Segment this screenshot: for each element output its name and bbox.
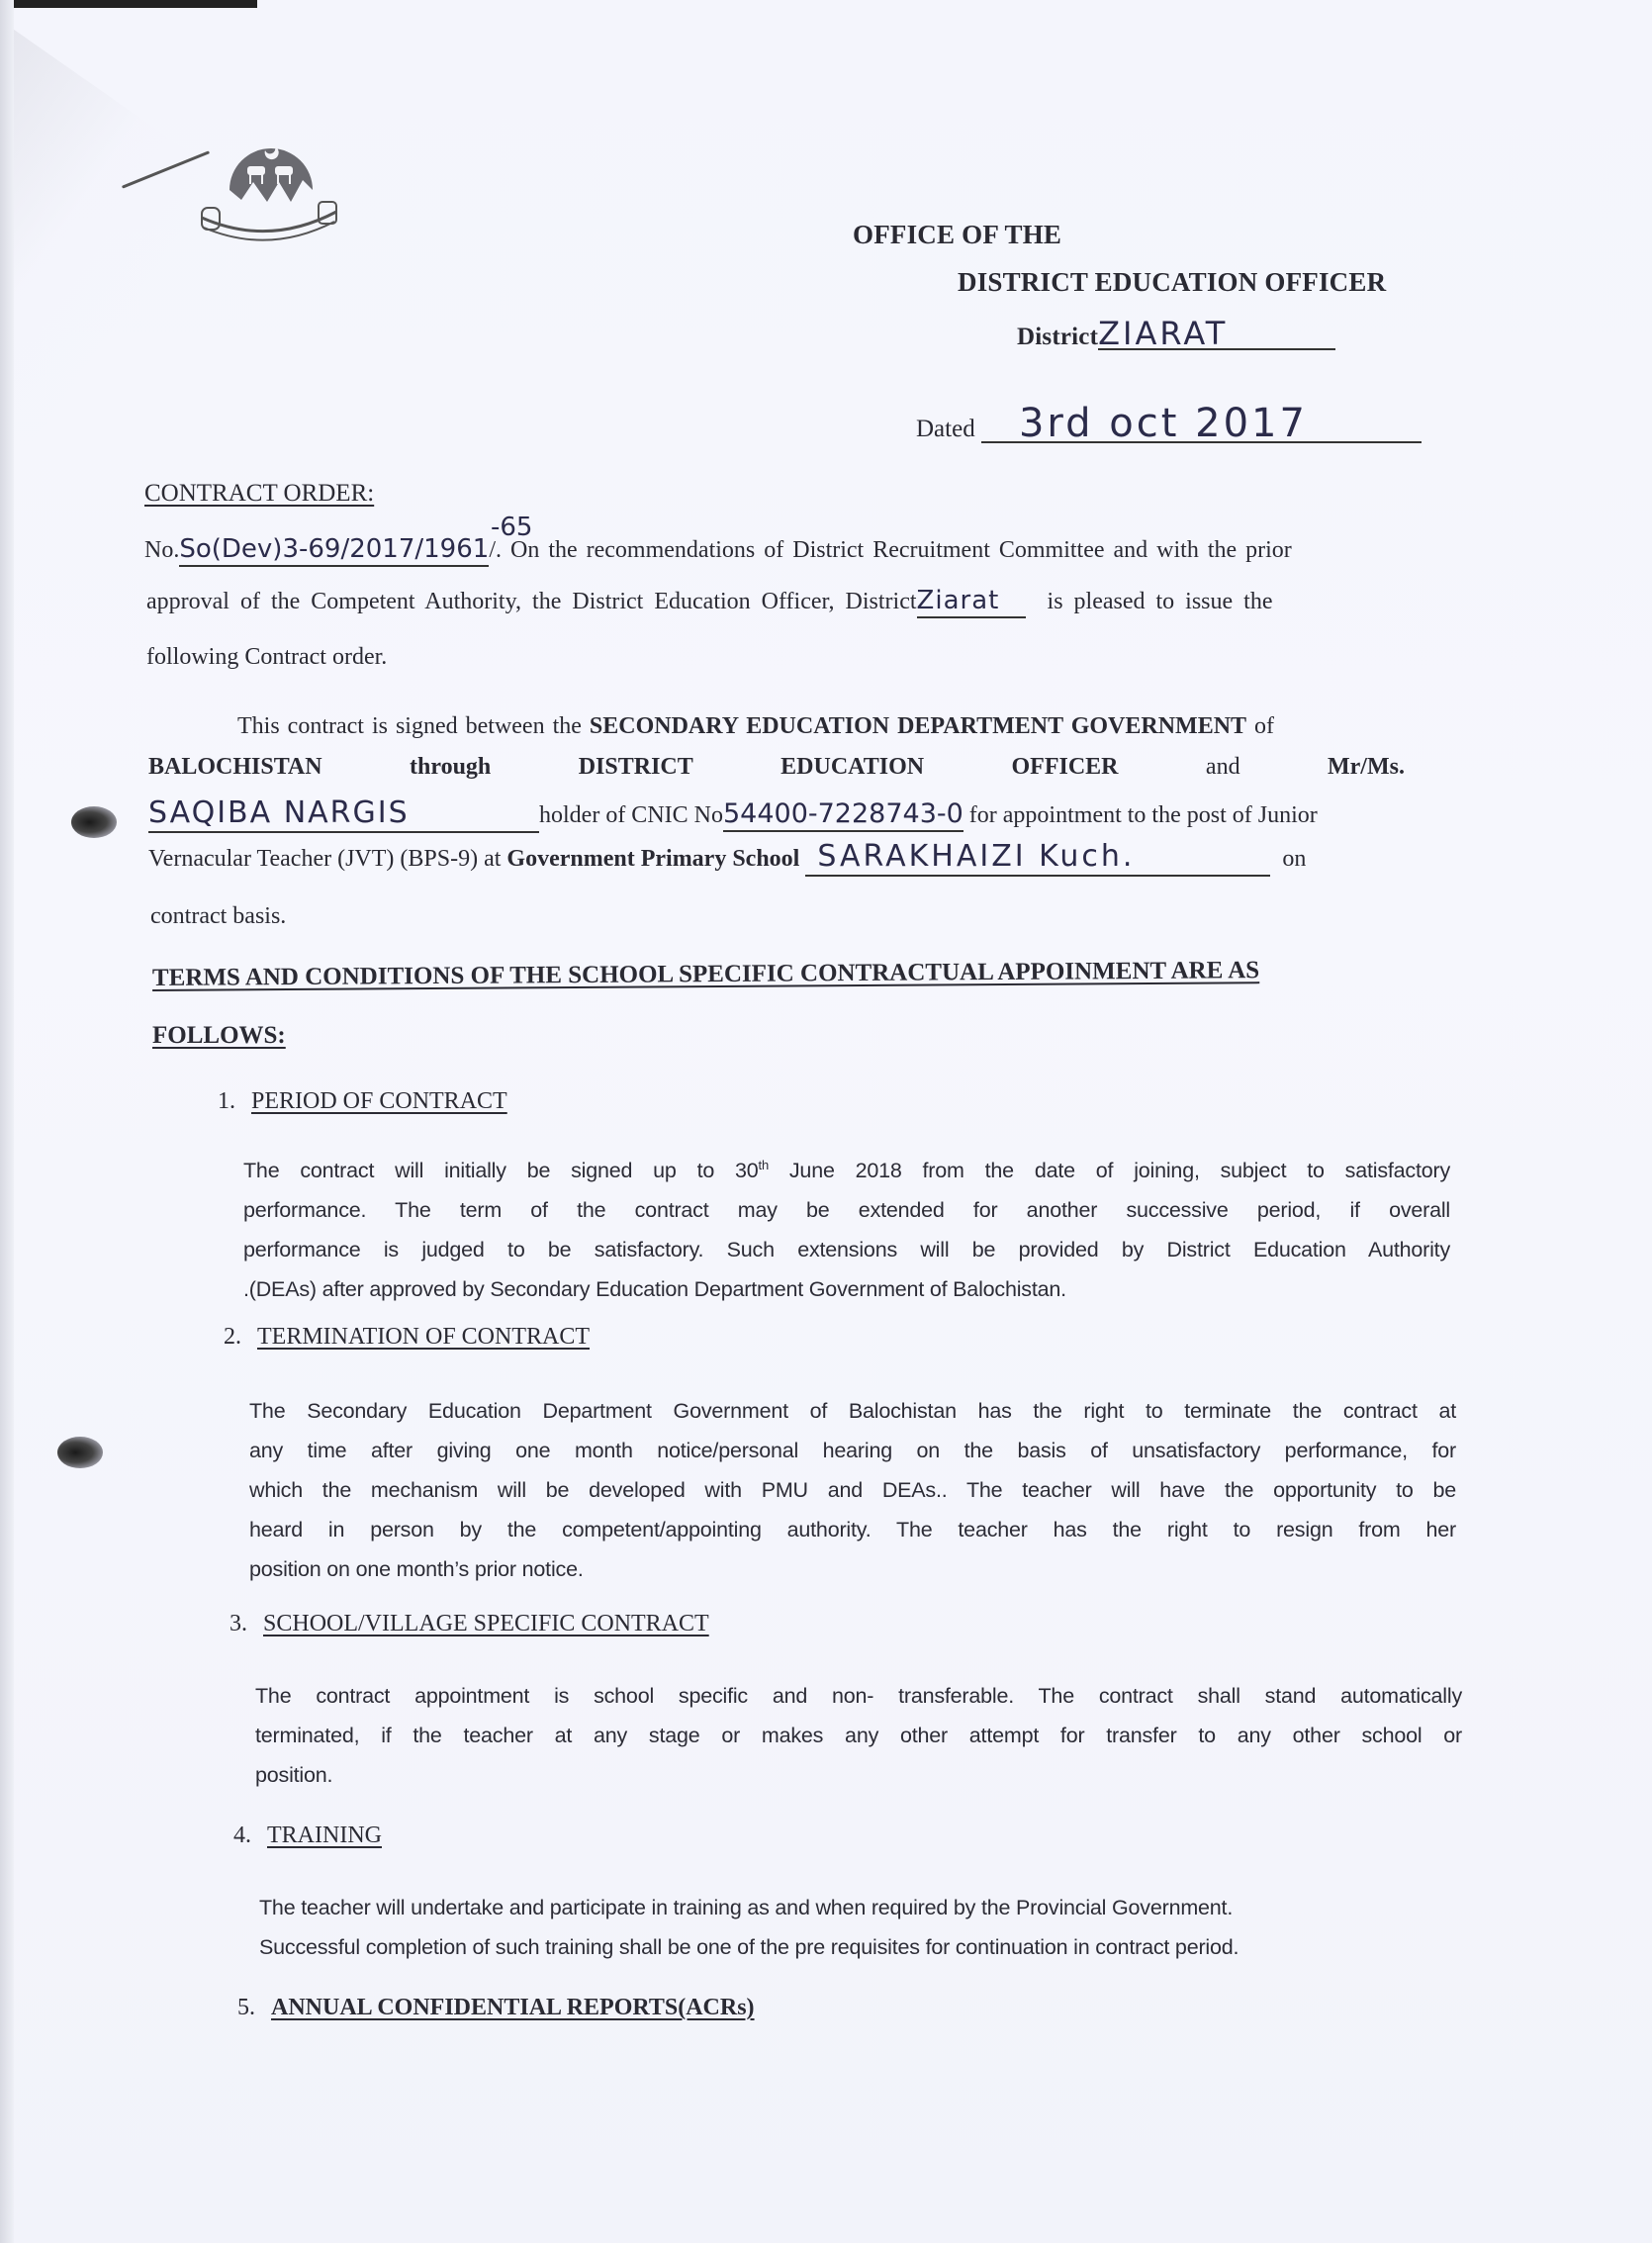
contract-order-title: CONTRACT ORDER: bbox=[144, 479, 374, 509]
section-title: PERIOD OF CONTRACT bbox=[251, 1088, 507, 1114]
contract-line2-word: BALOCHISTAN bbox=[148, 754, 322, 781]
intro-line3: following Contract order. bbox=[146, 643, 387, 672]
section-body: The Secondary Education Department Gover… bbox=[249, 1391, 1456, 1589]
section-body-line: The teacher will undertake and participa… bbox=[259, 1888, 1466, 1927]
section-body-line: heard in person by the competent/appoint… bbox=[249, 1510, 1456, 1549]
section-body-line: terminated, if the teacher at any stage … bbox=[255, 1716, 1462, 1755]
contract-line1: This contract is signed between the SECO… bbox=[237, 712, 1274, 741]
section-title: TRAINING bbox=[267, 1822, 382, 1848]
contract-line1-a: This contract is signed between the bbox=[237, 713, 582, 739]
section-title: TERMINATION OF CONTRACT bbox=[257, 1324, 590, 1350]
teacher-name: SAQIBA NARGIS bbox=[148, 795, 539, 833]
order-no-label: No. bbox=[144, 537, 179, 563]
section-number: 2. bbox=[224, 1324, 257, 1351]
section-body-line: The contract will initially be signed up… bbox=[243, 1146, 1450, 1190]
district-value: ZIARAT bbox=[1098, 319, 1335, 350]
section-heading: 2.TERMINATION OF CONTRACT bbox=[224, 1324, 590, 1351]
contract-line4-b: Government Primary School bbox=[506, 846, 799, 872]
section-body-line: performance. The term of the contract ma… bbox=[243, 1190, 1450, 1230]
intro-district: Ziarat bbox=[917, 586, 1026, 618]
section-title: SCHOOL/VILLAGE SPECIFIC CONTRACT bbox=[263, 1611, 709, 1636]
contract-line5: contract basis. bbox=[150, 902, 286, 931]
contract-line3: SAQIBA NARGISholder of CNIC No54400-7228… bbox=[148, 795, 1318, 833]
section-number: 1. bbox=[218, 1088, 251, 1115]
section-body-line: position on one month’s prior notice. bbox=[249, 1549, 1456, 1589]
punch-hole-icon bbox=[71, 806, 117, 838]
dated-value: 3rd oct 2017 bbox=[981, 406, 1422, 443]
section-body-line: which the mechanism will be developed wi… bbox=[249, 1470, 1456, 1510]
contract-line3-rest: for appointment to the post of Junior bbox=[969, 802, 1318, 828]
contract-line2-word: and bbox=[1206, 754, 1240, 781]
section-body-line: Successful completion of such training s… bbox=[259, 1927, 1466, 1967]
section-number: 5. bbox=[237, 1995, 271, 2021]
section-body-line: any time after giving one month notice/p… bbox=[249, 1431, 1456, 1470]
section-title: ANNUAL CONFIDENTIAL REPORTS(ACRs) bbox=[271, 1995, 755, 2020]
section-body-line: The contract appointment is school speci… bbox=[255, 1676, 1462, 1716]
contract-line2-word: through bbox=[410, 754, 491, 781]
contract-line2-word: OFFICER bbox=[1012, 754, 1119, 781]
intro-line2-end: is pleased to issue the bbox=[1048, 589, 1273, 614]
order-no-superscript: -65 bbox=[491, 513, 532, 543]
section-number: 3. bbox=[229, 1611, 263, 1637]
dated-line: Dated 3rd oct 2017 bbox=[916, 406, 1422, 444]
section-number: 4. bbox=[233, 1822, 267, 1849]
order-number-line: No.So(Dev)3-69/2017/1961-65/. On the rec… bbox=[144, 534, 1292, 567]
section-body-line: The Secondary Education Department Gover… bbox=[249, 1391, 1456, 1431]
section-body: The contract appointment is school speci… bbox=[255, 1676, 1462, 1795]
section-body: The teacher will undertake and participa… bbox=[259, 1888, 1466, 1967]
contract-line2-word: DISTRICT bbox=[579, 754, 693, 781]
district-label: District bbox=[1017, 324, 1098, 350]
contract-line4-c: on bbox=[1282, 846, 1306, 872]
contract-line2-word: Mr/Ms. bbox=[1328, 754, 1405, 781]
section-body: The contract will initially be signed up… bbox=[243, 1146, 1450, 1309]
terms-heading-line1: TERMS AND CONDITIONS OF THE SCHOOL SPECI… bbox=[152, 956, 1259, 993]
school-name: SARAKHAIZI Kuch. bbox=[805, 839, 1270, 877]
section-heading: 1.PERIOD OF CONTRACT bbox=[218, 1088, 507, 1115]
punch-hole-icon bbox=[57, 1437, 103, 1468]
section-body-line: .(DEAs) after approved by Secondary Educ… bbox=[243, 1269, 1450, 1309]
cnic-label: holder of CNIC No bbox=[539, 802, 723, 828]
binding-strip bbox=[0, 0, 14, 2243]
intro-line2-text: approval of the Competent Authority, the… bbox=[146, 589, 917, 614]
scanned-document-page: OFFICE OF THE DISTRICT EDUCATION OFFICER… bbox=[0, 0, 1652, 2243]
contract-line1-c: of bbox=[1254, 713, 1274, 739]
dated-label: Dated bbox=[916, 416, 975, 442]
section-heading: 3.SCHOOL/VILLAGE SPECIFIC CONTRACT bbox=[229, 1611, 709, 1637]
government-emblem-icon bbox=[196, 121, 342, 249]
section-body-line: position. bbox=[255, 1755, 1462, 1795]
intro-line1: /. On the recommendations of District Re… bbox=[489, 537, 1292, 563]
section-body-line: performance is judged to be satisfactory… bbox=[243, 1230, 1450, 1269]
intro-line2: approval of the Competent Authority, the… bbox=[146, 586, 1273, 618]
contract-line2-word: EDUCATION bbox=[780, 754, 924, 781]
contract-line2: BALOCHISTANthroughDISTRICTEDUCATIONOFFIC… bbox=[148, 754, 1405, 781]
section-heading: 4.TRAINING bbox=[233, 1822, 382, 1849]
page-fold-shadow bbox=[0, 0, 224, 1473]
office-heading-line1: OFFICE OF THE bbox=[853, 220, 1061, 250]
terms-heading-line2: FOLLOWS: bbox=[152, 1021, 286, 1051]
district-line: DistrictZIARAT bbox=[1017, 319, 1335, 351]
contract-line1-b: SECONDARY EDUCATION DEPARTMENT GOVERNMEN… bbox=[590, 713, 1246, 739]
section-heading: 5.ANNUAL CONFIDENTIAL REPORTS(ACRs) bbox=[237, 1995, 755, 2021]
office-heading-line2: DISTRICT EDUCATION OFFICER bbox=[958, 267, 1386, 298]
order-no-value: So(Dev)3-69/2017/1961 bbox=[179, 534, 489, 567]
cnic-value: 54400-7228743-0 bbox=[723, 798, 964, 832]
contract-line4-a: Vernacular Teacher (JVT) (BPS-9) at bbox=[148, 846, 501, 872]
contract-line4: Vernacular Teacher (JVT) (BPS-9) at Gove… bbox=[148, 839, 1306, 877]
scan-edge bbox=[0, 0, 257, 8]
